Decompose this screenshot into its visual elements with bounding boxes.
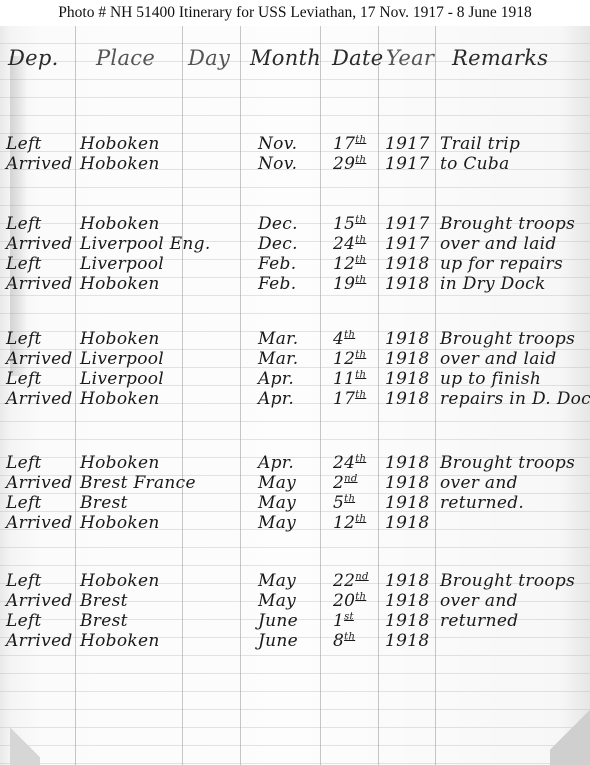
- itinerary-row: ArrivedHobokenJune8th1918: [0, 631, 590, 653]
- month-cell: June: [258, 631, 298, 651]
- dep-cell: Arrived: [6, 274, 73, 294]
- remarks-cell: to Cuba: [440, 154, 510, 174]
- dep-cell: Left: [6, 214, 42, 234]
- month-cell: Mar.: [258, 349, 298, 369]
- page-corner: [10, 720, 40, 765]
- remarks-cell: Brought troops: [440, 214, 575, 234]
- dep-cell: Left: [6, 453, 42, 473]
- year-cell: 1918: [385, 369, 429, 389]
- place-cell: Brest: [80, 591, 128, 611]
- itinerary-row: ArrivedLiverpoolMar.12th1918over and lai…: [0, 349, 590, 371]
- dep-cell: Arrived: [6, 154, 73, 174]
- itinerary-row: ArrivedHobokenFeb.19th1918in Dry Dock: [0, 274, 590, 296]
- date-cell: 8th: [333, 631, 355, 651]
- itinerary-row: LeftHobokenDec.15th1917Brought troops: [0, 214, 590, 236]
- date-cell: 12th: [333, 254, 366, 274]
- header-day: Day: [188, 46, 230, 70]
- itinerary-row: ArrivedBrest FranceMay2nd1918over and: [0, 473, 590, 495]
- month-cell: May: [258, 493, 296, 513]
- dep-cell: Left: [6, 493, 42, 513]
- year-cell: 1917: [385, 154, 429, 174]
- page-corner: [550, 695, 590, 765]
- year-cell: 1918: [385, 611, 429, 631]
- year-cell: 1918: [385, 473, 429, 493]
- place-cell: Hoboken: [80, 134, 160, 154]
- place-cell: Hoboken: [80, 154, 160, 174]
- itinerary-row: LeftLiverpoolApr.11th1918up to finish: [0, 369, 590, 391]
- remarks-cell: returned: [440, 611, 518, 631]
- date-cell: 1st: [333, 611, 354, 631]
- dep-cell: Arrived: [6, 473, 73, 493]
- year-cell: 1917: [385, 234, 429, 254]
- place-cell: Hoboken: [80, 513, 160, 533]
- remarks-cell: over and laid: [440, 349, 557, 369]
- year-cell: 1918: [385, 329, 429, 349]
- dep-cell: Arrived: [6, 234, 73, 254]
- place-cell: Hoboken: [80, 274, 160, 294]
- month-cell: Apr.: [258, 369, 294, 389]
- itinerary-row: ArrivedBrestMay20th1918over and: [0, 591, 590, 613]
- header-year: Year: [386, 46, 434, 70]
- remarks-cell: repairs in D. Dock: [440, 389, 590, 409]
- itinerary-row: LeftHobokenMay22nd1918Brought troops: [0, 571, 590, 593]
- month-cell: May: [258, 513, 296, 533]
- date-cell: 24th: [333, 453, 366, 473]
- photo-caption: Photo # NH 51400 Itinerary for USS Levia…: [0, 0, 590, 26]
- month-cell: June: [258, 611, 298, 631]
- month-cell: May: [258, 473, 296, 493]
- remarks-cell: over and laid: [440, 234, 557, 254]
- itinerary-row: ArrivedLiverpool Eng.Dec.24th1917over an…: [0, 234, 590, 256]
- itinerary-row: ArrivedHobokenApr.17th1918repairs in D. …: [0, 389, 590, 411]
- place-cell: Brest: [80, 611, 128, 631]
- dep-cell: Left: [6, 369, 42, 389]
- date-cell: 12th: [333, 513, 366, 533]
- month-cell: Feb.: [258, 254, 296, 274]
- year-cell: 1918: [385, 513, 429, 533]
- dep-cell: Left: [6, 611, 42, 631]
- year-cell: 1918: [385, 631, 429, 651]
- dep-cell: Arrived: [6, 591, 73, 611]
- date-cell: 15th: [333, 214, 366, 234]
- year-cell: 1918: [385, 274, 429, 294]
- date-cell: 5th: [333, 493, 355, 513]
- month-cell: Dec.: [258, 234, 298, 254]
- date-cell: 11th: [333, 369, 366, 389]
- dep-cell: Arrived: [6, 631, 73, 651]
- dep-cell: Arrived: [6, 513, 73, 533]
- itinerary-row: ArrivedHobokenNov.29th1917to Cuba: [0, 154, 590, 176]
- ledger-page: Dep. Place Day Month Date Year Remarks L…: [0, 26, 590, 765]
- remarks-cell: Brought troops: [440, 329, 575, 349]
- remarks-cell: up to finish: [440, 369, 541, 389]
- month-cell: Apr.: [258, 453, 294, 473]
- date-cell: 4th: [333, 329, 355, 349]
- header-month: Month: [250, 46, 321, 70]
- month-cell: May: [258, 591, 296, 611]
- date-cell: 17th: [333, 134, 366, 154]
- year-cell: 1918: [385, 591, 429, 611]
- place-cell: Hoboken: [80, 329, 160, 349]
- month-cell: Apr.: [258, 389, 294, 409]
- date-cell: 20th: [333, 591, 366, 611]
- month-cell: Dec.: [258, 214, 298, 234]
- dep-cell: Arrived: [6, 349, 73, 369]
- year-cell: 1917: [385, 214, 429, 234]
- date-cell: 19th: [333, 274, 366, 294]
- month-cell: Nov.: [258, 134, 297, 154]
- place-cell: Liverpool: [80, 254, 164, 274]
- dep-cell: Left: [6, 254, 42, 274]
- dep-cell: Left: [6, 134, 42, 154]
- itinerary-row: LeftBrestJune1st1918returned: [0, 611, 590, 633]
- date-cell: 17th: [333, 389, 366, 409]
- dep-cell: Arrived: [6, 389, 73, 409]
- date-cell: 24th: [333, 234, 366, 254]
- place-cell: Hoboken: [80, 571, 160, 591]
- itinerary-row: ArrivedHobokenMay12th1918: [0, 513, 590, 535]
- itinerary-row: LeftHobokenApr.24th1918Brought troops: [0, 453, 590, 475]
- date-cell: 22nd: [333, 571, 369, 591]
- year-cell: 1918: [385, 389, 429, 409]
- header-place: Place: [96, 46, 155, 70]
- year-cell: 1918: [385, 493, 429, 513]
- month-cell: Nov.: [258, 154, 297, 174]
- place-cell: Brest France: [80, 473, 196, 493]
- place-cell: Brest: [80, 493, 128, 513]
- itinerary-row: LeftHobokenMar.4th1918Brought troops: [0, 329, 590, 351]
- remarks-cell: returned.: [440, 493, 524, 513]
- year-cell: 1917: [385, 134, 429, 154]
- place-cell: Hoboken: [80, 453, 160, 473]
- month-cell: Feb.: [258, 274, 296, 294]
- place-cell: Liverpool Eng.: [80, 234, 211, 254]
- year-cell: 1918: [385, 571, 429, 591]
- year-cell: 1918: [385, 349, 429, 369]
- place-cell: Hoboken: [80, 214, 160, 234]
- header-date: Date: [332, 46, 383, 70]
- remarks-cell: up for repairs: [440, 254, 563, 274]
- place-cell: Liverpool: [80, 369, 164, 389]
- month-cell: Mar.: [258, 329, 298, 349]
- place-cell: Liverpool: [80, 349, 164, 369]
- remarks-cell: Brought troops: [440, 453, 575, 473]
- remarks-cell: Brought troops: [440, 571, 575, 591]
- dep-cell: Left: [6, 571, 42, 591]
- date-cell: 12th: [333, 349, 366, 369]
- itinerary-row: LeftBrestMay5th1918returned.: [0, 493, 590, 515]
- header-remarks: Remarks: [452, 46, 548, 70]
- remarks-cell: over and: [440, 591, 518, 611]
- remarks-cell: Trail trip: [440, 134, 520, 154]
- dep-cell: Left: [6, 329, 42, 349]
- place-cell: Hoboken: [80, 389, 160, 409]
- year-cell: 1918: [385, 453, 429, 473]
- date-cell: 2nd: [333, 473, 358, 493]
- place-cell: Hoboken: [80, 631, 160, 651]
- remarks-cell: in Dry Dock: [440, 274, 546, 294]
- header-dep: Dep.: [8, 46, 59, 70]
- itinerary-row: LeftLiverpoolFeb.12th1918up for repairs: [0, 254, 590, 276]
- year-cell: 1918: [385, 254, 429, 274]
- month-cell: May: [258, 571, 296, 591]
- date-cell: 29th: [333, 154, 366, 174]
- itinerary-row: LeftHobokenNov.17th1917Trail trip: [0, 134, 590, 156]
- remarks-cell: over and: [440, 473, 518, 493]
